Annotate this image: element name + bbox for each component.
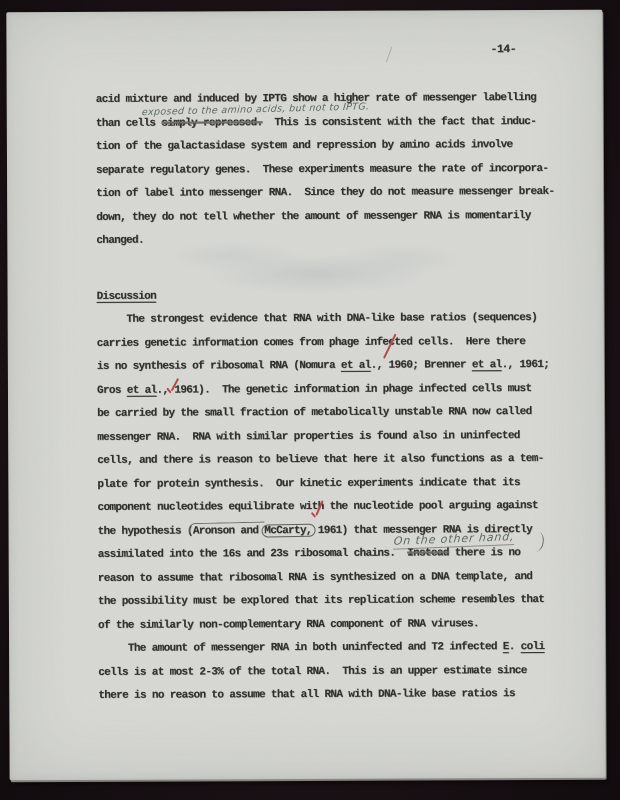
typed-segment: The amount of messenger RNA in both unin… [98,641,503,655]
section-heading: Discussion [97,291,157,303]
typed-segment: be carried by the small fraction of meta… [97,406,531,420]
typed-segment-u: et al [127,384,157,396]
typed-segment: . [509,641,521,653]
typed-segment: ., 1960; Brenner [371,359,472,371]
typed-line: carries genetic information comes from p… [97,330,577,356]
typed-segment: the possibility must be explored that it… [98,594,544,608]
typed-line: cells is at most 2-3% of the total RNA. … [98,659,578,685]
typed-segment: This is consistent with the fact that in… [262,115,536,128]
typed-segment: messenger RNA. RNA with similar properti… [97,430,520,444]
typed-line: messenger RNA. RNA with similar properti… [97,424,577,450]
typed-segment: the hypothesis ( [98,525,193,537]
typed-line: changed. [96,228,576,254]
typed-segment-u: et al [472,359,502,371]
typed-line: down, they do not tell whether the amoun… [96,204,576,230]
typed-segment: cells is at most 2-3% of the total RNA. … [98,665,527,679]
typed-segment: there is no [449,547,520,559]
pencil-slash-mark [386,47,393,62]
typed-segment: Gros [97,384,127,396]
typed-line: component nucleotides equilibrate with t… [97,495,577,521]
typed-line: is no synthesis of ribosomal RNA (Nomura… [97,354,577,380]
typed-segment: plate for protein synthesis. Our kinetic… [97,477,520,491]
typed-segment: ., 1961; [502,359,550,371]
typed-segment: down, they do not tell whether the amoun… [96,210,530,224]
typed-segment: reason to assume that ribosomal RNA is s… [98,571,532,585]
typed-segment: cells, and there is reason to believe th… [97,453,543,467]
typed-segment: is no synthesis of ribosomal RNA (Nomura [97,360,341,373]
typed-segment: carries genetic information comes from p… [97,336,526,350]
page-number: -14- [490,43,516,56]
typed-line: separate regulatory genes. These experim… [96,157,576,183]
typed-segment: tion of label into messenger RNA. Since … [96,186,554,200]
typed-line: The strongest evidence that RNA with DNA… [97,307,577,333]
typed-segment-s: simply repressed. [161,117,262,129]
typed-line: of the similarly non-complementary RNA c… [98,612,578,638]
typed-segment: than cells [96,117,162,129]
typed-line: be carried by the small fraction of meta… [97,401,577,427]
typed-segment: assimilated into the 16s and 23s ribosom… [98,548,408,561]
typed-segment: The strongest evidence that RNA with DNA… [97,312,537,326]
typed-segment-box: McCarty, [264,524,312,536]
typed-segment-s: Instead [407,547,449,559]
typed-segment: changed. [96,235,144,247]
typed-line: the possibility must be explored that it… [98,589,578,615]
typed-segment-u: et al [341,360,371,372]
typed-line: tion of label into messenger RNA. Since … [96,181,576,207]
typed-segment: ., 1961). The genetic information in pha… [156,383,531,397]
typed-line: The amount of messenger RNA in both unin… [98,636,578,662]
typed-segment: there is no reason to assume that all RN… [98,688,515,702]
typed-segment: of the similarly non-complementary RNA c… [98,618,479,632]
typed-segment: tion of the galactasidase system and rep… [96,139,513,153]
typed-line: there is no reason to assume that all RN… [98,683,578,709]
manuscript-page: -14- acid mixture and induced by IPTG sh… [6,10,605,781]
typed-line: reason to assume that ribosomal RNA is s… [98,565,578,591]
typed-line: assimilated into the 16s and 23s ribosom… [98,542,578,568]
typed-segment-u: coli [521,641,545,653]
typed-segment-ol: Aronson and [193,525,264,537]
discussion-body: The strongest evidence that RNA with DNA… [97,307,579,709]
typed-line: plate for protein synthesis. Our kinetic… [97,471,577,497]
typed-segment: separate regulatory genes. These experim… [96,162,548,176]
typed-line: cells, and there is reason to believe th… [97,448,577,474]
scanned-document-background: -14- acid mixture and induced by IPTG sh… [0,0,620,800]
typed-line: tion of the galactasidase system and rep… [96,134,576,160]
